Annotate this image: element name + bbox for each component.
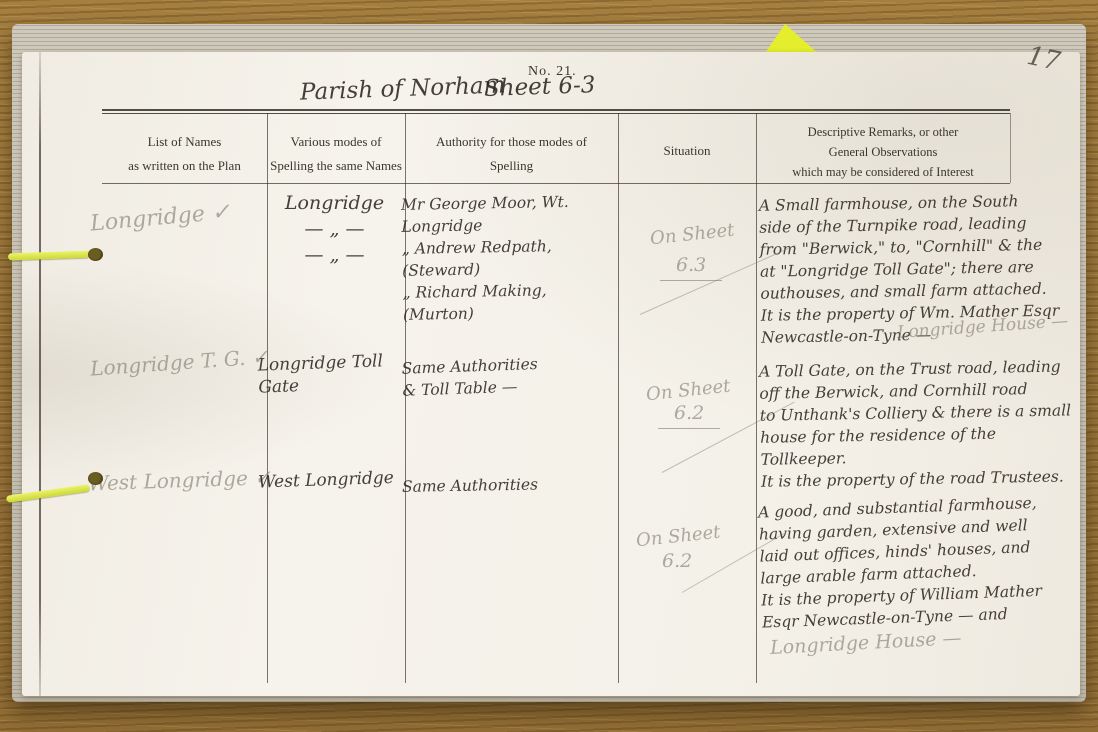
spelling-cell: West Longridge <box>258 467 409 492</box>
header-sheet-title: Sheet 6-3 <box>484 72 596 102</box>
authority-cell: Same Authorities & Toll Table — <box>401 350 617 401</box>
column-header-remarks: Descriptive Remarks, or other General Ob… <box>756 122 1010 182</box>
table-top-rule-2 <box>102 113 1010 114</box>
photo-canvas: { "page_number": "17", "header": { "no_l… <box>0 0 1098 732</box>
situation-sheet-cell: On Sheet <box>649 220 735 250</box>
spelling-cell: Longridge — „ — — „ — <box>262 190 407 268</box>
column-header-situation: Situation <box>618 140 756 162</box>
authority-cell: Same Authorities <box>402 474 617 496</box>
binding-hole-top <box>88 248 103 261</box>
situation-number-cell: 6.2 <box>646 550 708 576</box>
situation-number-cell: 6.2 <box>658 402 720 429</box>
remarks-cell: A Toll Gate, on the Trust road, leading … <box>759 355 1081 493</box>
column-header-authority: Authority for those modes of Spelling <box>405 130 618 178</box>
remarks-cell: A good, and substantial farmhouse, havin… <box>758 490 1082 633</box>
binding-hole-bottom <box>88 472 103 485</box>
binding-gutter <box>39 52 41 696</box>
column-divider-3 <box>618 113 619 683</box>
authority-cell: Mr George Moor, Wt. Longridge „ Andrew R… <box>401 190 618 326</box>
column-divider-4 <box>756 113 757 683</box>
page-number: 17 <box>1024 41 1063 77</box>
table-top-rule <box>102 109 1010 111</box>
situation-sheet-cell: On Sheet <box>635 522 721 552</box>
header-parish-title: Parish of Norham <box>300 72 506 105</box>
spelling-cell: Longridge Toll Gate <box>257 349 408 398</box>
plan-name-cell: Longridge T. G. ✓ <box>89 343 280 380</box>
plan-name-cell: Longridge ✓ <box>89 196 266 236</box>
header-underline <box>102 183 1010 184</box>
column-header-spelling: Various modes of Spelling the same Names <box>267 130 405 178</box>
document-page: 17 No. 21. Parish of Norham Sheet 6-3 Li… <box>22 52 1080 696</box>
situation-number-cell: 6.3 <box>660 254 722 281</box>
situation-sheet-cell: On Sheet <box>645 376 731 406</box>
table-right-rule <box>1010 113 1011 183</box>
column-header-names: List of Names as written on the Plan <box>102 130 267 178</box>
